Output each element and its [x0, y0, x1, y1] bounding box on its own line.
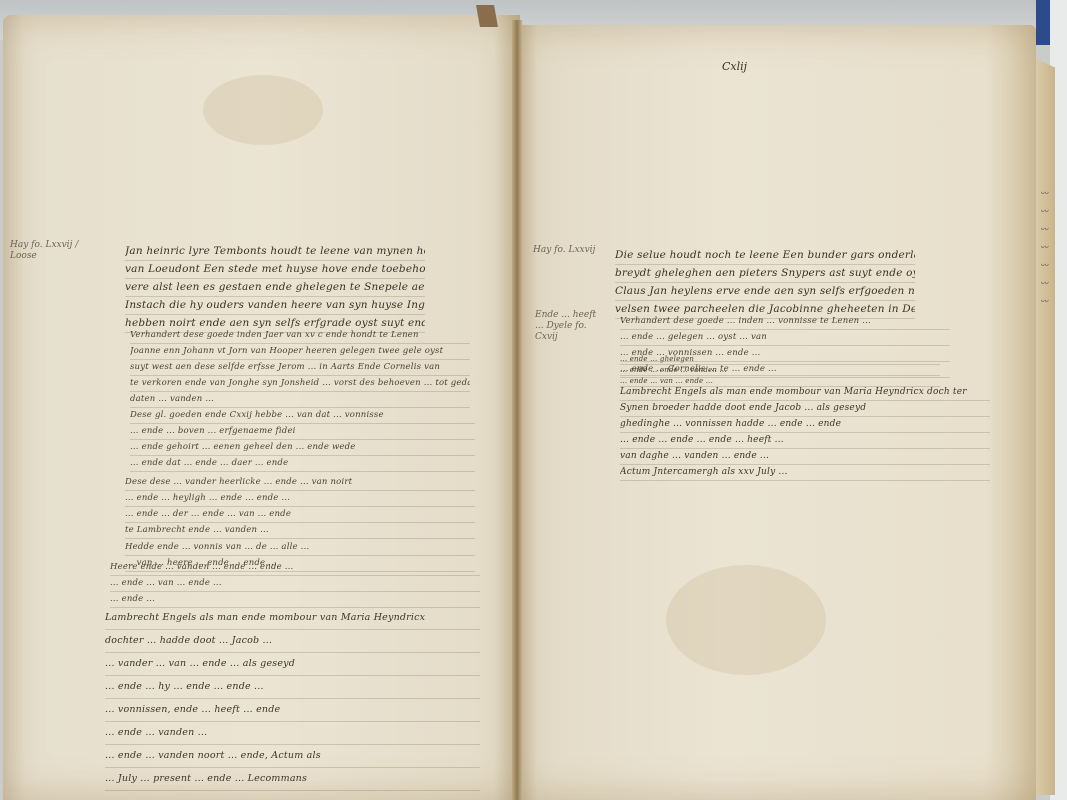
entry-line: Die selue houdt noch te leene Een bunder… — [615, 247, 915, 265]
entry-line: Synen broeder hadde doot ende Jacob ... … — [620, 401, 990, 417]
entry-line: ... vonnissen, ende ... heeft ... ende — [105, 699, 480, 722]
entry-line: Instach die hy ouders vanden heere van s… — [125, 297, 425, 315]
entry-line: ghedinghe ... vonnissen hadde ... ende .… — [620, 417, 990, 433]
entry-line: daten ... vanden ... — [130, 392, 470, 408]
entry-line: van daghe ... vanden ... ende ... — [620, 449, 990, 465]
entry-line: Claus Jan heylens erve ende aen syn self… — [615, 283, 915, 301]
right-entry-1-extra: ... ende ... ghelegen ... ende ... ende … — [620, 354, 940, 387]
entry-line: Joanne enn Johann vt Jorn van Hooper hee… — [130, 344, 470, 360]
entry-line: Lambrecht Engels als man ende mombour va… — [105, 607, 480, 630]
entry-line: Dese gl. goeden ende Cxxij hebbe ... van… — [130, 408, 475, 424]
entry-line: vere alst leen es gestaen ende ghelegen … — [125, 279, 425, 297]
entry-line: Actum Jntercamergh als xxv July ... — [620, 465, 990, 481]
entry-line: ... vander ... van ... ende ... als gese… — [105, 653, 480, 676]
entry-line: te verkoren ende van Jonghe syn Jonsheid… — [130, 376, 470, 392]
left-entry-2: Dese gl. goeden ende Cxxij hebbe ... van… — [130, 408, 475, 472]
entry-line: Jan heinric lyre Tembonts houdt te leene… — [125, 243, 425, 261]
left-margin-note: Hay fo. Lxxvij / Loose — [10, 240, 90, 262]
entry-line: van Loeudont Een stede met huyse hove en… — [125, 261, 425, 279]
entry-line: ... ende ... gelegen ... oyst ... van — [620, 330, 950, 346]
entry-line: ... ende ... der ... ende ... van ... en… — [125, 507, 475, 523]
entry-line: Hedde ende ... vonnis van ... de ... all… — [125, 540, 475, 556]
left-entry-1-additions: Verhandert dese goede inden Jaer van xv … — [130, 328, 470, 408]
entry-line: ... ende ... — [110, 592, 480, 608]
entry-line: ... ende dat ... ende ... daer ... ende — [130, 456, 475, 472]
right-side-note: Ende ... heeft ... Dyele fo. Cxvij — [535, 310, 605, 343]
left-entry-3: Dese dese ... vander heerlicke ... ende … — [125, 475, 475, 539]
entry-line: ... ende ... ghelegen — [620, 354, 940, 365]
entry-line: ... ende ... boven ... erfgenaeme fidei — [130, 424, 475, 440]
entry-line: Heere ende ... vanden ... ende ... ende … — [110, 560, 480, 576]
entry-line: ... July ... present ... ende ... Lecomm… — [105, 768, 480, 791]
right-entry-2: Lambrecht Engels als man ende mombour va… — [620, 385, 990, 481]
entry-line: Verhandert dese goede inden Jaer van xv … — [130, 328, 470, 344]
right-margin-note: Hay fo. Lxxvij — [533, 245, 613, 256]
paper-stain — [203, 75, 323, 145]
entry-line: dochter ... hadde doot ... Jacob ... — [105, 630, 480, 653]
entry-line: breydt gheleghen aen pieters Snypers ast… — [615, 265, 915, 283]
torn-corner — [476, 5, 498, 27]
entry-line: ... ende ... heyligh ... ende ... ende .… — [125, 491, 475, 507]
entry-line: te Lambrecht ende ... vanden ... — [125, 523, 475, 539]
right-entry-1: Die selue houdt noch te leene Een bunder… — [615, 247, 915, 319]
entry-line: ... ende ... vanden noort ... ende, Actu… — [105, 745, 480, 768]
entry-line: Lambrecht Engels als man ende mombour va… — [620, 385, 990, 401]
entry-line: ... ende ... ende ... vanden ... — [620, 365, 940, 376]
loose-leaf-scrawl: 〰〰〰〰〰〰〰 — [1040, 185, 1066, 311]
left-entry-5: Heere ende ... vanden ... ende ... ende … — [110, 560, 480, 608]
entry-line: ... ende ... hy ... ende ... ende ... — [105, 676, 480, 699]
folio-number: Cxlij — [722, 60, 747, 73]
entry-line: ... ende ... van ... ende ... — [110, 576, 480, 592]
entry-line: ... ende gehoirt ... eenen geheel den ..… — [130, 440, 475, 456]
paper-stain — [666, 565, 826, 675]
entry-line: Dese dese ... vander heerlicke ... ende … — [125, 475, 475, 491]
entry-line: ... ende ... ende ... ende ... heeft ... — [620, 433, 990, 449]
binding-gutter — [512, 20, 522, 800]
left-entry-1: Jan heinric lyre Tembonts houdt te leene… — [125, 243, 425, 333]
left-entry-6: Lambrecht Engels als man ende mombour va… — [105, 607, 480, 791]
entry-line: ... ende ... vanden ... — [105, 722, 480, 745]
entry-line: suyt west aen dese selfde erfsse Jerom .… — [130, 360, 470, 376]
entry-line: Verhandert dese goede ... inden ... vonn… — [620, 314, 950, 330]
